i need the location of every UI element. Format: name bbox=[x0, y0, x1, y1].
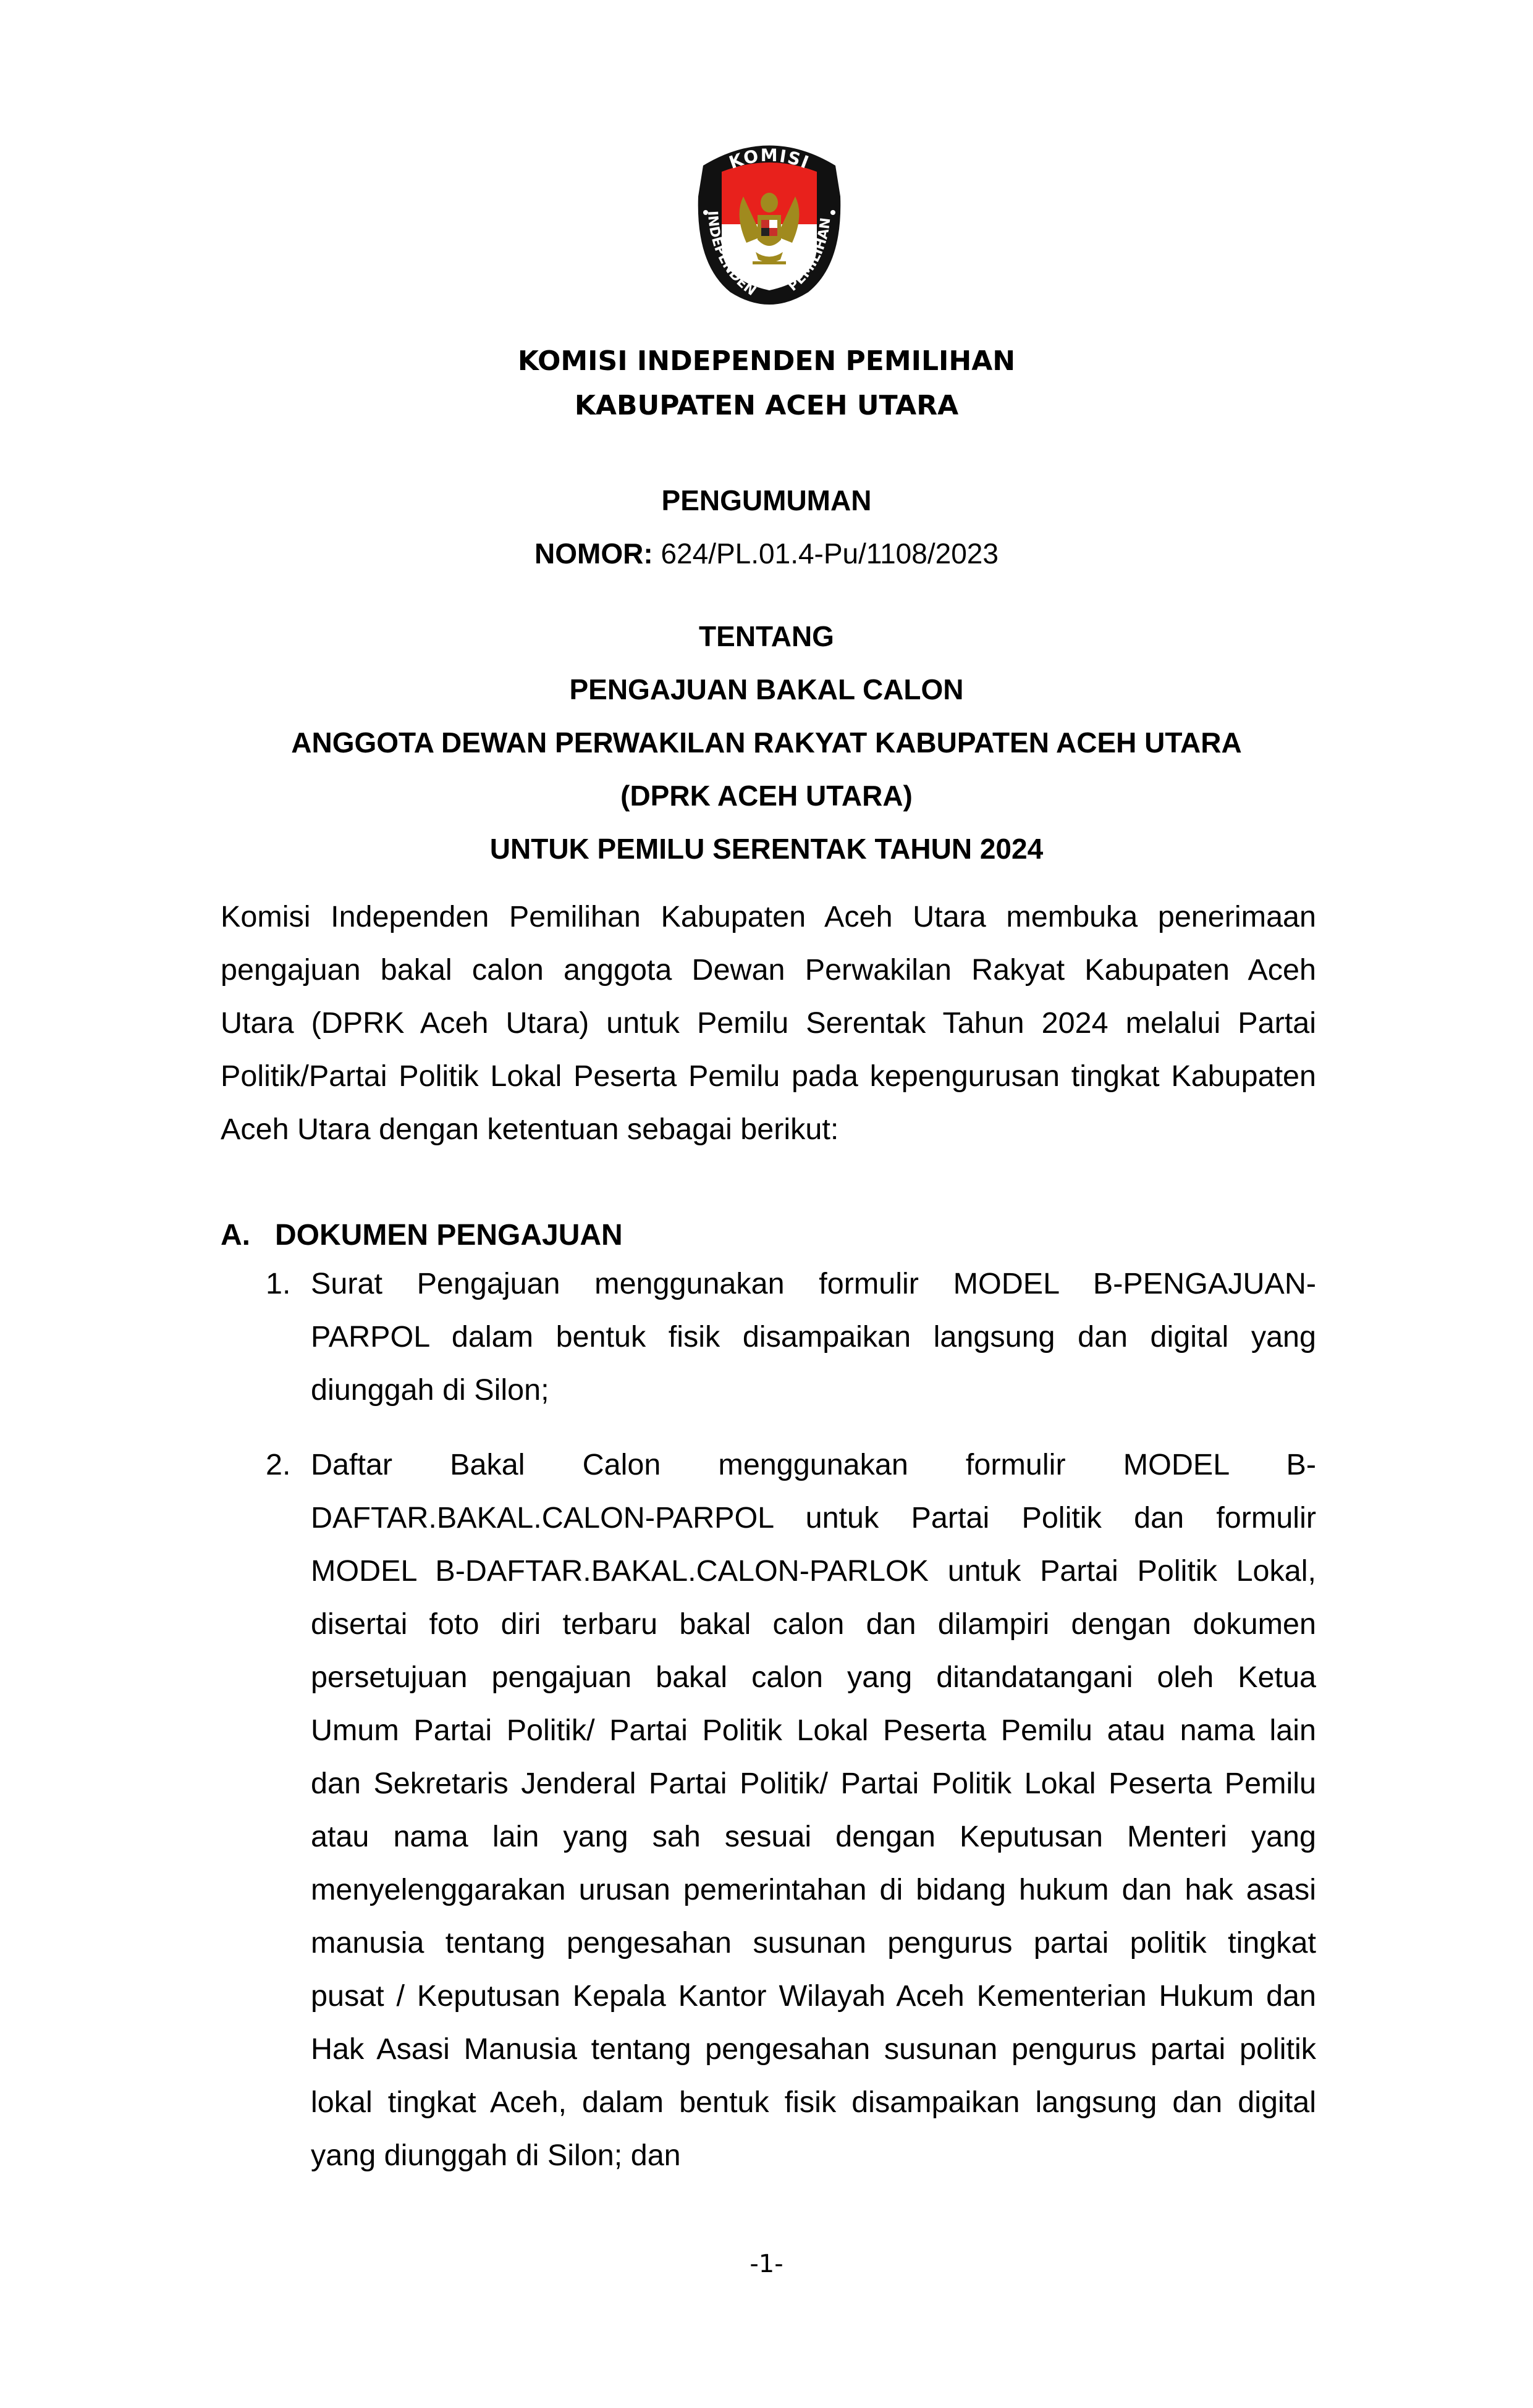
list-item-line: DAFTAR.BAKAL.CALON-PARPOL untuk Partai P… bbox=[311, 1491, 1316, 1544]
document-type: PENGUMUMAN bbox=[0, 482, 1533, 519]
list-item-line: lokal tingkat Aceh, dalam bentuk fisik d… bbox=[311, 2076, 1316, 2129]
subject-line: UNTUK PEMILU SERENTAK TAHUN 2024 bbox=[0, 830, 1533, 867]
list-item-line: Daftar Bakal Calon menggunakan formulir … bbox=[311, 1438, 1316, 1491]
subject-line: PENGAJUAN BAKAL CALON bbox=[0, 671, 1533, 708]
page-number: -1- bbox=[0, 2249, 1533, 2280]
list-item-line: yang diunggah di Silon; dan bbox=[311, 2129, 1316, 2182]
paragraph-line: Politik/Partai Politik Lokal Peserta Pem… bbox=[221, 1050, 1316, 1103]
paragraph-line: pengajuan bakal calon anggota Dewan Perw… bbox=[221, 943, 1316, 996]
list-item: Daftar Bakal Calon menggunakan formulir … bbox=[311, 1438, 1316, 2182]
list-item-line: diunggah di Silon; bbox=[311, 1363, 1316, 1417]
list-item-line: manusia tentang pengesahan susunan pengu… bbox=[311, 1916, 1316, 1969]
list-item-line: Surat Pengajuan menggunakan formulir MOD… bbox=[311, 1257, 1316, 1310]
section-letter: A. bbox=[221, 1217, 275, 1254]
list-item-line: dan Sekretaris Jenderal Partai Politik/ … bbox=[311, 1757, 1316, 1810]
list-item-line: MODEL B-DAFTAR.BAKAL.CALON-PARLOK untuk … bbox=[311, 1544, 1316, 1598]
intro-paragraph: Komisi Independen Pemilihan Kabupaten Ac… bbox=[221, 890, 1316, 1156]
list-item-line: pusat / Keputusan Kepala Kantor Wilayah … bbox=[311, 1969, 1316, 2023]
kip-emblem-icon: KOMISI INDEPENDEN PEMILIHAN bbox=[685, 128, 854, 314]
list-item-line: disertai foto diri terbaru bakal calon d… bbox=[311, 1598, 1316, 1651]
list-item-number: 2. bbox=[266, 1438, 290, 1491]
subject-line: (DPRK ACEH UTARA) bbox=[0, 777, 1533, 814]
list-item-line: atau nama lain yang sah sesuai dengan Ke… bbox=[311, 1810, 1316, 1863]
document-number-value: 624/PL.01.4-Pu/1108/2023 bbox=[661, 537, 999, 570]
list-item-line: Umum Partai Politik/ Partai Politik Loka… bbox=[311, 1704, 1316, 1757]
document-number: NOMOR: 624/PL.01.4-Pu/1108/2023 bbox=[0, 535, 1533, 572]
section-title: DOKUMEN PENGAJUAN bbox=[275, 1219, 623, 1252]
list-item-line: Hak Asasi Manusia tentang pengesahan sus… bbox=[311, 2023, 1316, 2076]
list-item: Surat Pengajuan menggunakan formulir MOD… bbox=[311, 1257, 1316, 1417]
paragraph-line: Aceh Utara dengan ketentuan sebagai beri… bbox=[221, 1103, 1316, 1156]
about-label: TENTANG bbox=[0, 618, 1533, 655]
subject-line: ANGGOTA DEWAN PERWAKILAN RAKYAT KABUPATE… bbox=[0, 724, 1533, 761]
paragraph-line: Utara (DPRK Aceh Utara) untuk Pemilu Ser… bbox=[221, 996, 1316, 1050]
list-item-number: 1. bbox=[266, 1257, 290, 1310]
section-heading: A.DOKUMEN PENGAJUAN bbox=[221, 1217, 623, 1254]
institution-region: KABUPATEN ACEH UTARA bbox=[0, 384, 1533, 427]
list-item-line: persetujuan pengajuan bakal calon yang d… bbox=[311, 1651, 1316, 1704]
institution-name: KOMISI INDEPENDEN PEMILIHAN bbox=[0, 340, 1533, 383]
list-item-line: menyelenggarakan urusan pemerintahan di … bbox=[311, 1863, 1316, 1916]
list-item-line: PARPOL dalam bentuk fisik disampaikan la… bbox=[311, 1310, 1316, 1363]
document-number-label: NOMOR: bbox=[534, 537, 653, 570]
paragraph-line: Komisi Independen Pemilihan Kabupaten Ac… bbox=[221, 890, 1316, 943]
kip-logo: KOMISI INDEPENDEN PEMILIHAN bbox=[685, 128, 854, 314]
